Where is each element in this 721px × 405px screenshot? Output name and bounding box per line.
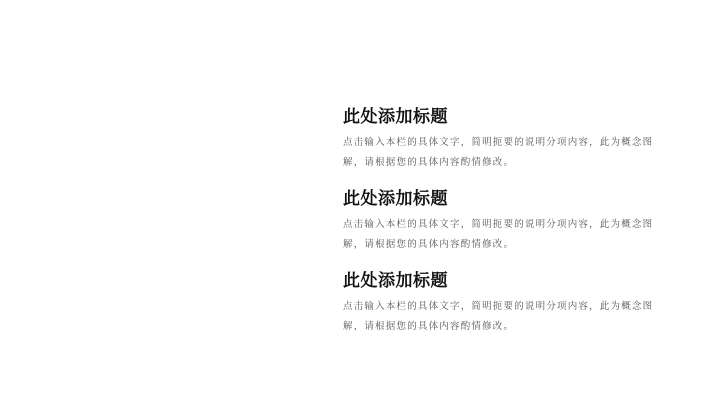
text-item: 此处添加标题 点击输入本栏的具体文字，简明扼要的说明分项内容，此为概念图解，请根… — [343, 270, 673, 352]
item-title[interactable]: 此处添加标题 — [343, 106, 673, 128]
text-item: 此处添加标题 点击输入本栏的具体文字，简明扼要的说明分项内容，此为概念图解，请根… — [343, 106, 673, 188]
text-item: 此处添加标题 点击输入本栏的具体文字，简明扼要的说明分项内容，此为概念图解，请根… — [343, 188, 673, 270]
text-item-list: 此处添加标题 点击输入本栏的具体文字，简明扼要的说明分项内容，此为概念图解，请根… — [343, 106, 673, 352]
item-title[interactable]: 此处添加标题 — [343, 188, 673, 210]
item-body[interactable]: 点击输入本栏的具体文字，简明扼要的说明分项内容，此为概念图解，请根据您的具体内容… — [343, 133, 665, 173]
slide-canvas: 此处添加标题 点击输入本栏的具体文字，简明扼要的说明分项内容，此为概念图解，请根… — [0, 0, 721, 405]
item-body[interactable]: 点击输入本栏的具体文字，简明扼要的说明分项内容，此为概念图解，请根据您的具体内容… — [343, 215, 665, 255]
item-body[interactable]: 点击输入本栏的具体文字，简明扼要的说明分项内容，此为概念图解，请根据您的具体内容… — [343, 297, 665, 337]
item-title[interactable]: 此处添加标题 — [343, 270, 673, 292]
